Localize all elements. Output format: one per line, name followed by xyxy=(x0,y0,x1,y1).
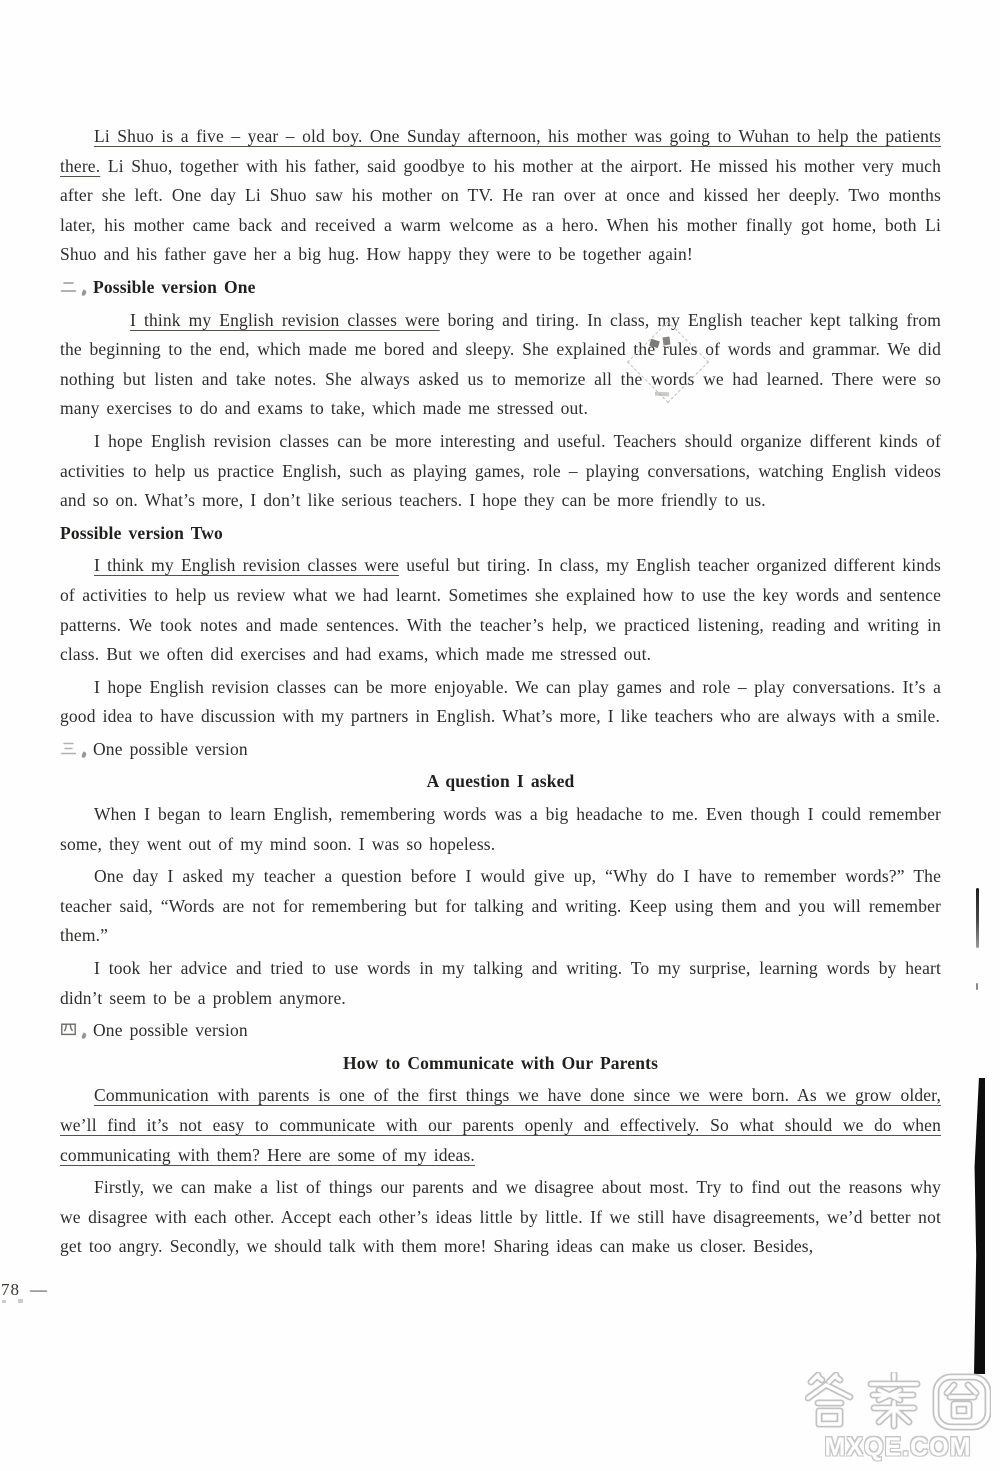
page-edge-scan-mark xyxy=(976,888,979,948)
version-one-paragraph-2: I hope English revision classes can be m… xyxy=(60,427,941,516)
version-two-paragraph-2: I hope English revision classes can be m… xyxy=(60,673,941,732)
possible-version-two-heading: Possible version Two xyxy=(60,523,223,543)
watermark-hanzi-answer-circle-icon xyxy=(805,1372,991,1432)
question-paragraph-3: I took her advice and tried to use words… xyxy=(60,954,941,1013)
section-four-label-line: One possible version xyxy=(60,1016,941,1046)
essay-title-question: A question I asked xyxy=(60,767,941,797)
intro-rest: Li Shuo, together with his father, said … xyxy=(60,156,941,265)
watermark-site-url: MXQE.COM xyxy=(800,1432,996,1462)
ink-stamp-mark xyxy=(662,337,670,346)
hanzi-numeral-two-icon xyxy=(60,278,77,295)
section-three-label-line: One possible version xyxy=(60,735,941,765)
version-two-paragraph-1: I think my English revision classes were… xyxy=(60,551,941,669)
ink-stamp-mark xyxy=(655,392,669,397)
question-paragraph-2: One day I asked my teacher a question be… xyxy=(60,862,941,951)
communicate-underlined-paragraph: Communication with parents is one of the… xyxy=(60,1085,941,1164)
enumeration-comma-icon xyxy=(81,1033,87,1040)
question-paragraph-1: When I began to learn English, rememberi… xyxy=(60,800,941,859)
possible-version-one-heading: Possible version One xyxy=(93,277,256,297)
section-four-label: One possible version xyxy=(93,1020,248,1040)
page-edge-binding-bar xyxy=(974,1078,985,1374)
page-number-value: 78 xyxy=(1,1280,20,1299)
answer-content: Li Shuo is a five – year – old boy. One … xyxy=(60,122,941,1265)
version-two-underlined-lead: I think my English revision classes were xyxy=(94,555,399,575)
page-edge-scan-speck xyxy=(976,983,978,990)
version-one-paragraph-1: I think my English revision classes were… xyxy=(60,306,941,424)
communicate-paragraph-1: Communication with parents is one of the… xyxy=(60,1081,941,1170)
communicate-paragraph-2: Firstly, we can make a list of things ou… xyxy=(60,1173,941,1262)
watermark: MXQE.COM xyxy=(800,1372,996,1462)
possible-version-two-heading-line: Possible version Two xyxy=(60,519,941,549)
scan-speck xyxy=(2,1300,6,1303)
enumeration-comma-icon xyxy=(81,751,87,758)
hanzi-numeral-three-icon xyxy=(60,740,77,757)
section-two-heading-line: Possible version One xyxy=(60,273,941,303)
page-number-dash: — xyxy=(30,1280,48,1299)
scanned-answer-page: Li Shuo is a five – year – old boy. One … xyxy=(0,0,1000,1471)
version-one-underlined-lead: I think my English revision classes were xyxy=(130,310,440,330)
essay-title-communicate: How to Communicate with Our Parents xyxy=(60,1049,941,1079)
section-three-label: One possible version xyxy=(93,739,248,759)
hanzi-numeral-four-icon xyxy=(60,1021,77,1038)
intro-paragraph: Li Shuo is a five – year – old boy. One … xyxy=(60,122,941,270)
enumeration-comma-icon xyxy=(81,289,87,296)
page-number: 78— xyxy=(1,1280,48,1300)
